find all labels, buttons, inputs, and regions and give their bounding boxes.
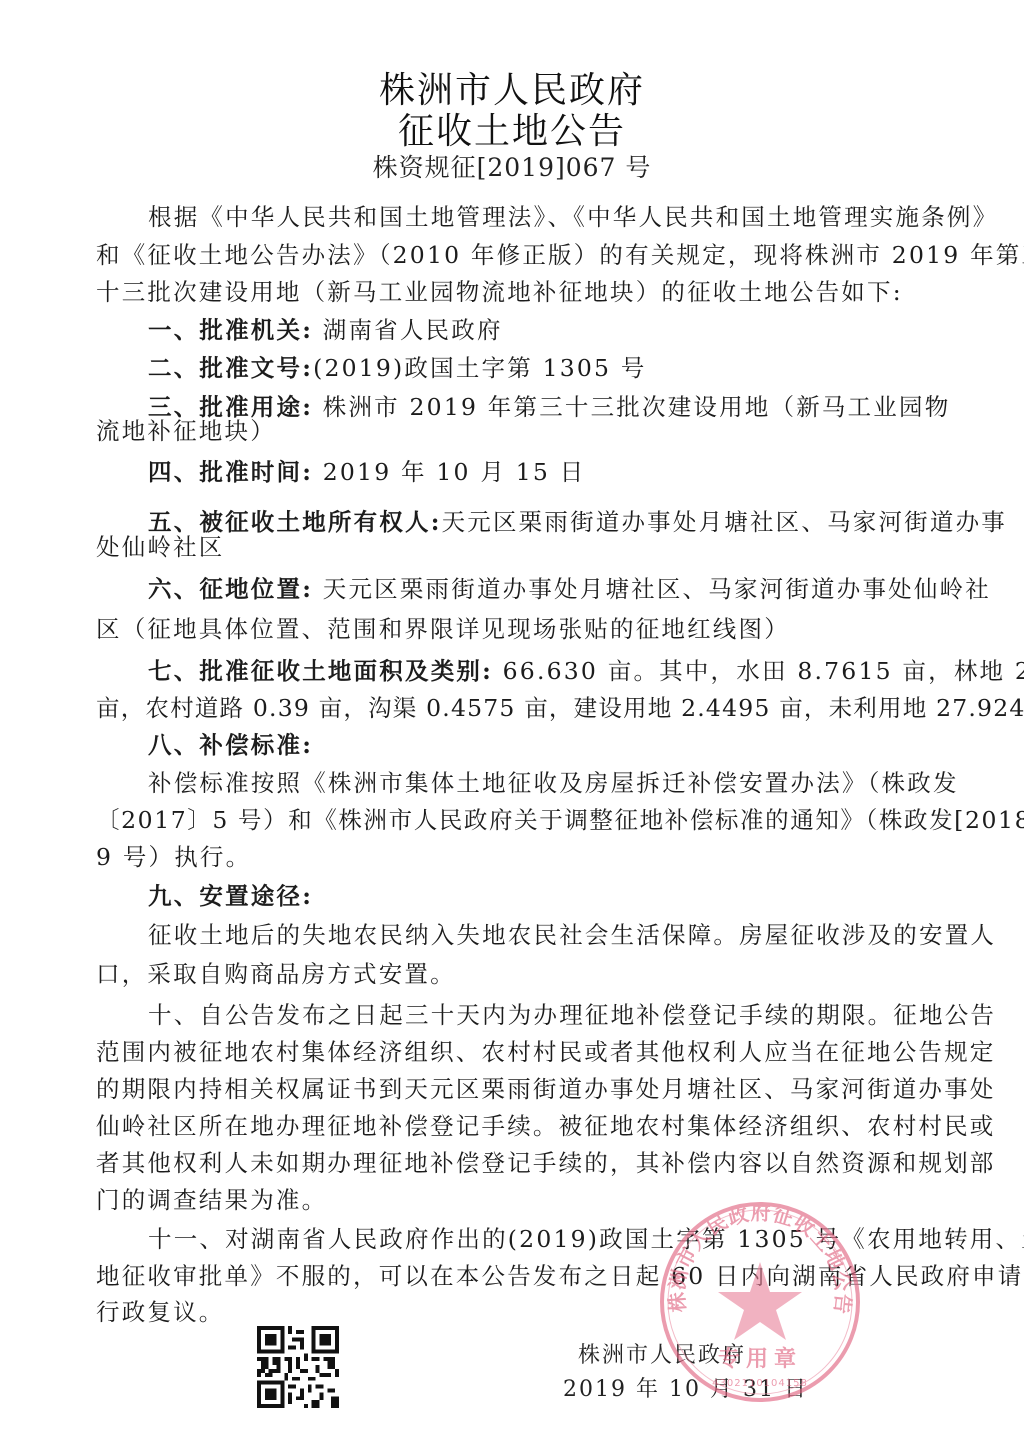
item-land-owner: 五、被征收土地所有权人:天元区栗雨街道办事处月塘社区、马家河街道办事 [148,503,1007,537]
registration-line: 十、自公告发布之日起三十天内为办理征地补偿登记手续的期限。征地公告 [148,996,996,1030]
appeal-line: 地征收审批单》不服的，可以在本公告发布之日起 60 日内向湖南省人民政府申请 [96,1257,1023,1291]
item-label: 二、批准文号: [148,354,313,382]
item-value: 湖南省人民政府 [313,316,503,344]
item-approval-doc-number: 二、批准文号:(2019)政国土字第 1305 号 [148,349,647,383]
item-label: 一、批准机关: [148,316,313,344]
qr-code-icon [257,1326,339,1408]
compensation-line: 9 号）执行。 [96,838,251,872]
registration-line: 门的调查结果为准。 [96,1181,327,1215]
item-land-location-cont: 区（征地具体位置、范围和界限详见现场张贴的征地红线图） [96,610,790,644]
item-approval-authority: 一、批准机关: 湖南省人民政府 [148,311,503,345]
intro-line: 和《征收土地公告办法》（2010 年修正版）的有关规定，现将株洲市 2019 年… [96,236,1024,270]
item-approval-date: 四、批准时间: 2019 年 10 月 15 日 [148,453,585,487]
item-land-location: 六、征地位置: 天元区栗雨街道办事处月塘社区、马家河街道办事处仙岭社 [148,570,991,604]
item-land-owner-cont: 处仙岭社区 [96,528,225,562]
item-label: 四、批准时间: [148,458,313,486]
item-label: 六、征地位置: [148,575,313,603]
registration-line: 的期限内持相关权属证书到天元区栗雨街道办事处月塘社区、马家河街道办事处 [96,1070,996,1104]
signature-date: 2019 年 10 月 31 日 [563,1372,808,1403]
item-compensation-label: 八、补偿标准: [148,726,313,760]
registration-line: 范围内被征地农村集体经济组织、农村村民或者其他权利人应当在征地公告规定 [96,1033,996,1067]
item-approved-use-cont: 流地补征地块） [96,412,276,446]
item-land-area: 七、批准征收土地面积及类别: 66.630 亩。其中，水田 8.7615 亩，林… [148,652,1024,686]
compensation-line: 〔2017〕5 号）和《株洲市人民政府关于调整征地补偿标准的通知》（株政发[20… [96,801,1024,835]
appeal-line: 行政复议。 [96,1293,225,1327]
item-label: 七、批准征收土地面积及类别: [148,657,493,685]
item-value: 天元区栗雨街道办事处月塘社区、马家河街道办事处仙岭社 [313,575,991,603]
intro-line: 根据《中华人民共和国土地管理法》、《中华人民共和国土地管理实施条例》 [148,198,998,232]
item-resettlement-label: 九、安置途径: [148,877,313,911]
document-title-line2: 征收土地公告 [0,103,1024,154]
appeal-line: 十一、对湖南省人民政府作出的(2019)政国土字第 1305 号《农用地转用、土 [148,1220,1024,1254]
item-value: 66.630 亩。其中，水田 8.7615 亩，林地 26.6475 [493,657,1024,685]
resettlement-line: 口，采取自购商品房方式安置。 [96,955,456,989]
item-value: 2019 年 10 月 15 日 [313,458,585,486]
registration-line: 仙岭社区所在地办理征地补偿登记手续。被征地农村集体经济组织、农村村民或 [96,1107,996,1141]
resettlement-line: 征收土地后的失地农民纳入失地农民社会生活保障。房屋征收涉及的安置人 [148,916,996,950]
item-value: 株洲市 2019 年第三十三批次建设用地（新马工业园物 [313,393,950,421]
item-value: 天元区栗雨街道办事处月塘社区、马家河街道办事 [442,508,1007,536]
compensation-line: 补偿标准按照《株洲市集体土地征收及房屋拆迁补偿安置办法》（株政发 [148,764,959,798]
signature-org: 株洲市人民政府 [578,1338,746,1369]
intro-line: 十三批次建设用地（新马工业园物流地补征地块）的征收土地公告如下: [96,273,903,307]
registration-line: 者其他权利人未如期办理征地补偿登记手续的，其补偿内容以自然资源和规划部 [96,1144,996,1178]
item-land-area-cont: 亩，农村道路 0.39 亩，沟渠 0.4575 亩，建设用地 2.4495 亩，… [96,689,1024,723]
document-number: 株资规征[2019]067 号 [0,148,1024,184]
item-value: (2019)政国土字第 1305 号 [313,354,647,382]
